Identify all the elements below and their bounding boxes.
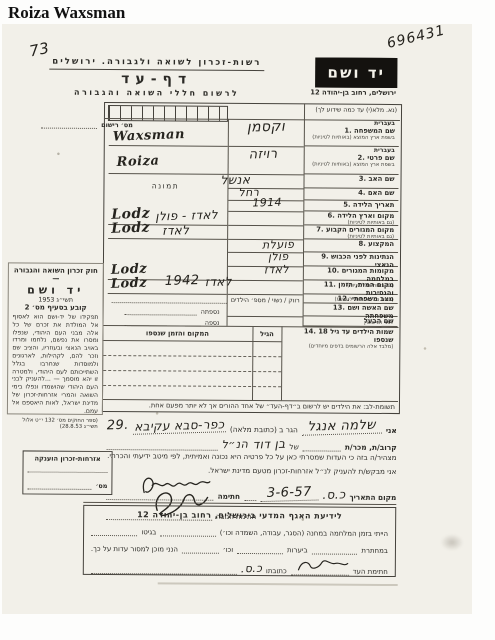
- witness-signature-area: [291, 557, 349, 575]
- witness-signature-scribble: [295, 557, 349, 572]
- field-value-latin-1: Waxsman: [113, 127, 186, 145]
- marital-status-row: רווק / נשוי / מספ׳ הילדים: [112, 293, 300, 304]
- children-place-header: המקום והזמן שנספו: [103, 329, 251, 338]
- field-label-11: 11. מקום המות, הזמן והנסיבות (השם גם באו…: [304, 280, 398, 295]
- field-label-14: 14. שמות הילדים עד גיל 18 שנספו (מלבד אל…: [282, 327, 397, 350]
- forests-label: ביערות: [287, 546, 308, 554]
- field-value-year-11: 1942: [165, 273, 200, 289]
- children-age-header: הגיל: [252, 330, 281, 338]
- field-value-hebrew-6: לאדז - פולן: [155, 208, 218, 224]
- relation-handwritten: בן דוד: [252, 437, 285, 452]
- field-label-2: בעברית 2. שם פרטי בשפת ארץ המוצא (באותיו…: [305, 146, 399, 175]
- yad-vashem-logo-text: יד ושם: [328, 64, 386, 82]
- scientific-dept-title: לידיעת האגף המדעי בירושלים, רחוב בן-יהוד…: [91, 510, 388, 521]
- ghetto-label: בגיטו: [141, 528, 156, 536]
- law-heading: חוק זכרון השואה והגבורה —: [13, 266, 99, 283]
- testify-label: הנני מוכן למסור עדות על כך.: [91, 545, 178, 554]
- camps-blank: [160, 526, 216, 536]
- underground-label: במחתרת: [361, 547, 388, 555]
- field-label-9: 9. הנתינות לפני הכבוש הנאצי: [304, 252, 398, 267]
- law-clause: קובע בסעיף מס׳ 2: [13, 303, 99, 312]
- field-value-latin-2: Roiza: [116, 153, 159, 170]
- form-scan: 73 696431 רשות-זכרון לשואה ולגבורה. ירוש…: [0, 0, 495, 640]
- scan-smudge: [441, 534, 463, 550]
- date-handwritten: 3-6-57: [260, 484, 318, 502]
- marital-blank: [112, 293, 227, 304]
- place-handwritten: כ.ס.: [322, 487, 346, 502]
- forests-blank: [237, 544, 283, 554]
- field-label-7: 7. מקום המגורים הקבוע (גם באותיות לטיניו…: [304, 225, 398, 240]
- registration-number-label: מס׳ רישום: [101, 121, 133, 129]
- memorial-citizenship-box: אזרחות-זכרון הוענקה מס׳: [22, 450, 112, 495]
- field-value-latin-11: Lodz: [111, 276, 148, 292]
- law-name: יד ושם: [13, 283, 99, 297]
- field-label-5: 5. תאריך הלידה: [304, 200, 398, 212]
- field-label-4: 4. שם האם: [304, 188, 398, 201]
- logo-address: ירושלים, רחוב בן-יהודה 12: [303, 88, 403, 97]
- field-label-14-text: 14. שמות הילדים עד גיל 18 שנספו: [283, 328, 393, 344]
- wife-perished-label: נספתה: [201, 309, 220, 316]
- field-label-1: בעברית 1. שם המשפחה בשפת ארץ המוצא (באות…: [305, 119, 399, 147]
- etc-blank: [182, 544, 219, 554]
- memorial-box-title: אזרחות-זכרון הוענקה: [28, 454, 108, 463]
- camps-line: הייתי בזמן המלחמה במחנה (הסגר, עבודה, הש…: [91, 526, 388, 538]
- law-sidebar: חוק זכרון השואה והגבורה — יד ושם תשי״ג 1…: [7, 262, 104, 415]
- relation-line: קרוב/ת, מכר/ת של בן דוד הנ״ל: [107, 432, 397, 452]
- field-value-hebrew-10: לאדז: [264, 263, 289, 277]
- wife-perished-blank: [125, 305, 197, 316]
- witness-signature-label: חתימת העד: [353, 568, 388, 576]
- relation-blank: [303, 441, 341, 451]
- field-value-hebrew-11: לאדז: [205, 274, 233, 289]
- field-value-hebrew-2: רויזה: [249, 147, 278, 163]
- law-reference: (ספר החוקים מס׳ 132 י״ט אלול תשי״ג 28.8.…: [12, 418, 98, 431]
- field-label-8-text: 8. המקצוע: [305, 240, 394, 248]
- form-title: דף-עד: [49, 71, 264, 89]
- form-purpose: לרשום חללי השואה והגבורה: [49, 88, 264, 99]
- underground-blank: [311, 544, 357, 554]
- witness-address-label: כתובתו: [266, 567, 287, 575]
- field-label-3: 3. שם האב: [304, 174, 398, 189]
- declaration-statement: מצהיר/ה בזה כי העדות שמסרתי כאן על כל פר…: [107, 451, 397, 462]
- photo-placeholder-label: תמונה: [130, 181, 200, 190]
- wife-perished-field: נספתה: [125, 305, 220, 316]
- field-label-3-text: 3. שם האב: [306, 175, 395, 183]
- field-label-husband-text: שם הבעל: [305, 317, 394, 325]
- relation-blank-2: [107, 440, 218, 451]
- registration-number-field: מס׳ רישום: [41, 119, 133, 130]
- place-date-label: מקום התאריך: [349, 493, 396, 502]
- field-label-10: 10. מקומות המגורים במלחמה (גם באותיות לט…: [304, 266, 398, 281]
- marital-options: רווק / נשוי / מספ׳ הילדים: [231, 297, 300, 304]
- fill-instruction: (נא. מלא(י) עד כמה שידוע לך): [305, 106, 400, 114]
- handwritten-file-number: 696431: [385, 22, 447, 52]
- field-value-hebrew-5: 1914: [252, 196, 282, 210]
- field-label-8: 8. המקצוע: [304, 239, 398, 253]
- handwritten-corner-number: 73: [28, 39, 51, 61]
- yad-vashem-logo: יד ושם: [315, 57, 397, 88]
- field-sublabel-1: בשפת ארץ המוצא (באותיות לטיניות): [306, 135, 395, 141]
- witness-signature-line: חתימת העד כתובתו כ.ס.: [91, 558, 388, 576]
- field-value-hebrew-1: וקסמן: [247, 119, 286, 136]
- witness-address-blank: [91, 564, 237, 575]
- memorial-number-blank: [27, 479, 91, 489]
- relation-of-handwritten: הנ״ל: [222, 438, 249, 452]
- underground-line: במחתרת ביערות וכו׳ הנני מוכן למסור עדות …: [91, 543, 388, 555]
- field-value-latin-7: Lodz: [111, 219, 150, 236]
- camps-label: הייתי בזמן המלחמה במחנה (הסגר, עבודה, הש…: [220, 529, 388, 538]
- field-value-hebrew-9: פולן: [268, 250, 289, 264]
- relation-label: קרוב/ת, מכר/ת: [345, 443, 397, 452]
- registration-number-blank: [41, 119, 97, 129]
- field-label-husband: שם הבעל: [304, 316, 398, 327]
- field-sublabel-14: (מלבד אלה הרשומים בדפים מיוחדים): [283, 344, 393, 351]
- etc-label: וכו׳: [223, 546, 233, 554]
- field-value-hebrew-7: לאדז: [162, 223, 190, 238]
- field-label-4-text: 4. שם האם: [305, 189, 394, 197]
- memorial-number-label: מס׳: [96, 482, 108, 490]
- scan-shadow-line: [158, 582, 398, 586]
- field-sublabel-2: בשפת ארץ המוצא (באותיות לטיניות): [306, 162, 395, 168]
- witness-address-handwritten: כ.ס.: [240, 562, 262, 576]
- law-body: תפקידו של יד-ושם הוא לאסוף אל המולדת את …: [12, 313, 99, 415]
- scientific-dept-box: לידיעת האגף המדעי בירושלים, רחוב בן-יהוד…: [83, 505, 396, 577]
- field-label-13: 13. שם האשה ושם משפחתה לפני הנישואין: [304, 303, 398, 317]
- field-label-5-text: 5. תאריך הלידה: [305, 201, 394, 209]
- ghetto-blank: [91, 526, 137, 536]
- field-label-6: 6. מקום וארץ הלידה (גם באותיות לטיניות): [304, 211, 398, 226]
- authority-name: רשות-זכרון לשואה ולגבורה. ירושלים: [49, 57, 264, 72]
- relation-of-label: של: [289, 442, 299, 451]
